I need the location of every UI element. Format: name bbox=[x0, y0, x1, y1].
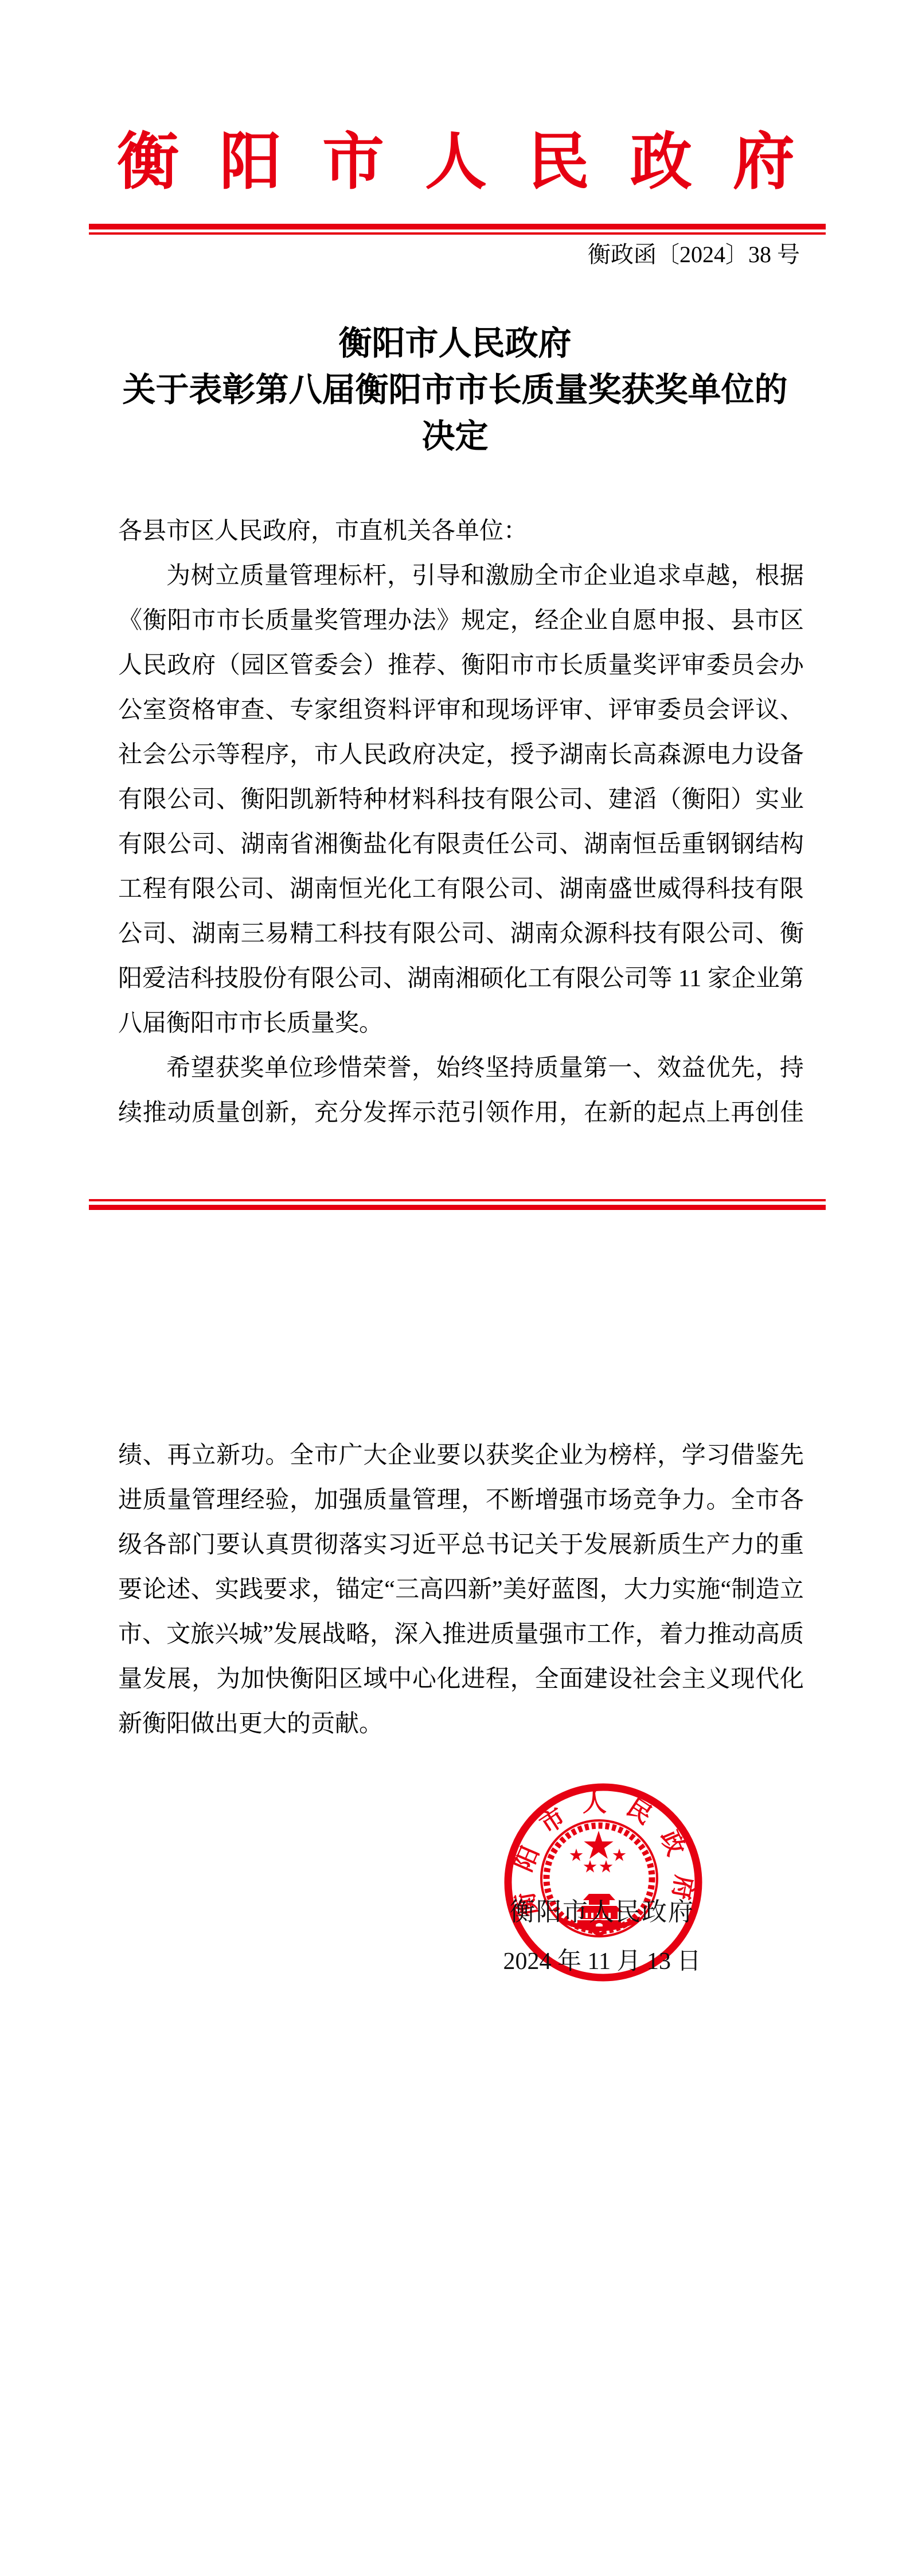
issue-date: 2024 年 11 月 13 日 bbox=[430, 1946, 774, 1977]
body-text-line: 为树立质量管理标杆，引导和激励全市企业追求卓越，根据 bbox=[118, 554, 804, 598]
document-page: 衡阳市人民政府 衡政函〔2024〕38 号 衡阳市人民政府 关于表彰第八届衡阳市… bbox=[0, 0, 910, 2576]
emblem-small-star-icon bbox=[570, 1849, 583, 1861]
doc-title-line-3: 决定 bbox=[57, 413, 853, 460]
body-text-line: 公司、湖南三易精工科技有限公司、湖南众源科技有限公司、衡 bbox=[118, 912, 804, 956]
body-text-line: 各县市区人民政府，市直机关各单位： bbox=[118, 509, 804, 554]
letterhead-char: 人 bbox=[425, 131, 487, 195]
body-text-line: 市、文旅兴城”发展战略，深入推进质量强市工作，着力推动高质 bbox=[118, 1612, 804, 1657]
body-text-line: 公室资格审查、专家组资料评审和现场评审、评审委员会评议、 bbox=[118, 688, 804, 733]
body-text-line: 有限公司、湖南省湘衡盐化有限责任公司、湖南恒岳重钢钢结构 bbox=[118, 822, 804, 867]
letterhead-char: 阳 bbox=[220, 131, 282, 195]
emblem-small-star-icon bbox=[584, 1860, 597, 1873]
body-text-line: 希望获奖单位珍惜荣誉，始终坚持质量第一、效益优先，持 bbox=[118, 1046, 804, 1091]
emblem-big-star-icon bbox=[584, 1831, 613, 1859]
doc-title-line-1: 衡阳市人民政府 bbox=[57, 320, 853, 367]
letterhead-char: 政 bbox=[630, 131, 692, 195]
body-text-line: 续推动质量创新，充分发挥示范引领作用，在新的起点上再创佳 bbox=[118, 1091, 804, 1135]
issuer-name: 衡阳市人民政府 bbox=[430, 1896, 774, 1928]
body-text-line: 有限公司、衡阳凯新特种材料科技有限公司、建滔（衡阳）实业 bbox=[118, 777, 804, 822]
letterhead-char: 民 bbox=[528, 131, 589, 195]
body-page-2: 绩、再立新功。全市广大企业要以获奖企业为榜样，学习借鉴先进质量管理经验，加强质量… bbox=[118, 1433, 804, 1746]
body-text-line: 人民政府（园区管委会）推荐、衡阳市市长质量奖评审委员会办 bbox=[118, 643, 804, 688]
body-text-line: 绩、再立新功。全市广大企业要以获奖企业为榜样，学习借鉴先 bbox=[118, 1433, 804, 1478]
body-text-line: 要论述、实践要求，锚定“三高四新”美好蓝图，大力实施“制造立 bbox=[118, 1567, 804, 1612]
body-text-line: 新衡阳做出更大的贡献。 bbox=[118, 1702, 804, 1746]
letterhead-char: 衡 bbox=[117, 131, 179, 195]
letterhead-char: 市 bbox=[322, 131, 384, 195]
body-text-line: 八届衡阳市市长质量奖。 bbox=[118, 1001, 804, 1046]
page-separator-rule-thin bbox=[89, 1199, 826, 1201]
letterhead-rule-thin bbox=[89, 232, 826, 235]
body-text-line: 进质量管理经验，加强质量管理，不断增强市场竞争力。全市各 bbox=[118, 1478, 804, 1523]
letterhead-rule-thick bbox=[89, 224, 826, 229]
body-text-line: 级各部门要认真贯彻落实习近平总书记关于发展新质生产力的重 bbox=[118, 1523, 804, 1567]
body-page-1: 各县市区人民政府，市直机关各单位：为树立质量管理标杆，引导和激励全市企业追求卓越… bbox=[118, 509, 804, 1135]
page-separator-rule-thick bbox=[89, 1205, 826, 1210]
letterhead-org-title: 衡阳市人民政府 bbox=[117, 131, 795, 200]
body-text-line: 工程有限公司、湖南恒光化工有限公司、湖南盛世威得科技有限 bbox=[118, 867, 804, 912]
emblem-small-star-icon bbox=[600, 1860, 613, 1873]
doc-number: 衡政函〔2024〕38 号 bbox=[588, 240, 800, 270]
letterhead-char: 府 bbox=[733, 131, 795, 195]
doc-title: 衡阳市人民政府 关于表彰第八届衡阳市市长质量奖获奖单位的 决定 bbox=[57, 320, 853, 460]
body-text-line: 阳爱洁科技股份有限公司、湖南湘硕化工有限公司等 11 家企业第 bbox=[118, 956, 804, 1001]
body-text-line: 《衡阳市市长质量奖管理办法》规定，经企业自愿申报、县市区 bbox=[118, 598, 804, 643]
emblem-small-star-icon bbox=[613, 1849, 626, 1861]
body-text-line: 量发展，为加快衡阳区域中心化进程，全面建设社会主义现代化 bbox=[118, 1657, 804, 1702]
doc-title-line-2: 关于表彰第八届衡阳市市长质量奖获奖单位的 bbox=[57, 367, 853, 413]
body-text-line: 社会公示等程序，市人民政府决定，授予湖南长高森源电力设备 bbox=[118, 733, 804, 777]
